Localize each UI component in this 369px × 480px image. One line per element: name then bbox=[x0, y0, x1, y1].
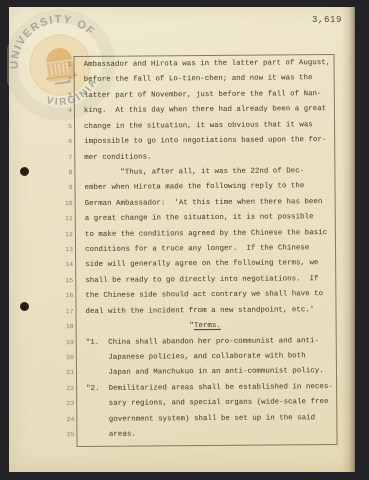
line-text: latter part of November, just before the… bbox=[84, 88, 322, 102]
line-number: 8 bbox=[57, 169, 72, 176]
typed-line: 20 Japanese policies, and collaborate wi… bbox=[59, 350, 349, 367]
typed-line: 14side will generally agree on the follo… bbox=[58, 257, 348, 274]
line-text: to make the conditions agreed by the Chi… bbox=[85, 227, 327, 241]
typed-line: 7mer conditions. bbox=[57, 149, 347, 166]
typed-line: 1Ambassador and Hirota was in the latter… bbox=[57, 57, 347, 74]
line-text: Ambassador and Hirota was in the latter … bbox=[84, 57, 331, 71]
line-number: 20 bbox=[59, 354, 74, 361]
line-number: 22 bbox=[59, 385, 74, 392]
line-number: 1 bbox=[57, 61, 72, 68]
typed-line: 15shall be ready to go directly into neg… bbox=[58, 273, 348, 290]
line-number: 13 bbox=[58, 246, 73, 253]
line-text: government system) shall be set up in th… bbox=[86, 412, 315, 426]
line-text: deal with the incident from a new standp… bbox=[85, 304, 314, 318]
line-number: 18 bbox=[59, 323, 74, 330]
line-number: 10 bbox=[58, 200, 73, 207]
typed-line: 5change in the situation, it was obvious… bbox=[57, 119, 347, 136]
line-number: 4 bbox=[57, 107, 72, 114]
typed-line: 3latter part of November, just before th… bbox=[57, 88, 347, 105]
line-number: 14 bbox=[58, 262, 73, 269]
line-number: 21 bbox=[59, 369, 74, 376]
typed-line: 19"1. China shall abandon her pro-commun… bbox=[59, 334, 349, 351]
line-number: 23 bbox=[59, 400, 74, 407]
typed-line: 17deal with the incident from a new stan… bbox=[58, 304, 348, 321]
line-number: 3 bbox=[57, 92, 72, 99]
typed-line: 8 "Thus, after all, it was the 22nd of D… bbox=[57, 165, 347, 182]
line-number: 6 bbox=[57, 138, 72, 145]
typed-lines: 1Ambassador and Hirota was in the latter… bbox=[57, 57, 350, 459]
typed-line: 25 areas. bbox=[59, 427, 349, 444]
line-number: 25 bbox=[59, 431, 74, 438]
typed-line: 10German Ambassador: 'At this time when … bbox=[58, 196, 348, 213]
typed-line: 16the Chinese side should act contrary w… bbox=[58, 288, 348, 305]
line-number: 11 bbox=[58, 215, 73, 222]
typed-line: 13conditions for a truce any longer. If … bbox=[58, 242, 348, 259]
line-text: "1. China shall abandon her pro-communis… bbox=[86, 335, 319, 349]
line-text: areas. bbox=[86, 429, 135, 441]
line-text: "Thus, after all, it was the 22nd of Dec… bbox=[84, 165, 304, 179]
line-text: "Terms. bbox=[86, 319, 325, 333]
line-text: shall be ready to go directly into negot… bbox=[85, 273, 318, 287]
line-number: 2 bbox=[57, 76, 72, 83]
line-text: German Ambassador: 'At this time when th… bbox=[85, 196, 323, 210]
line-text: side will generally agree on the followi… bbox=[85, 258, 318, 272]
line-text: change in the situation, it was obvious … bbox=[84, 119, 313, 133]
line-text: a great change in the situation, it is n… bbox=[85, 211, 314, 225]
line-number: 19 bbox=[59, 339, 74, 346]
typed-line: 18"Terms. bbox=[59, 319, 349, 336]
line-text: before the fall of Lo-tien-chen; and now… bbox=[84, 73, 313, 87]
line-text: Japan and Manchukuo in an anti-communist… bbox=[86, 365, 324, 379]
line-number: 16 bbox=[58, 292, 73, 299]
typed-line: 4king. At this day when there had alread… bbox=[57, 103, 347, 120]
typed-line: 22"2. Demilitarized areas shall be estab… bbox=[59, 381, 349, 398]
typed-line: 2before the fall of Lo-tien-chen; and no… bbox=[57, 72, 347, 89]
line-number: 9 bbox=[58, 184, 73, 191]
typed-line: 12to make the conditions agreed by the C… bbox=[58, 227, 348, 244]
typed-line: 11a great change in the situation, it is… bbox=[58, 211, 348, 228]
line-text: Japanese policies, and collaborate with … bbox=[86, 350, 306, 364]
typed-line: 24 government system) shall be set up in… bbox=[59, 412, 349, 429]
line-text: "2. Demilitarized areas shall be establi… bbox=[86, 381, 333, 395]
line-text: conditions for a truce any longer. If th… bbox=[85, 242, 309, 256]
line-number: 24 bbox=[59, 416, 74, 423]
line-text: king. At this day when there had already… bbox=[84, 103, 326, 117]
line-text: mer conditions. bbox=[84, 151, 151, 164]
typed-line: 6impossible to go into negotiations base… bbox=[57, 134, 347, 151]
line-number: 15 bbox=[58, 277, 73, 284]
line-text: ember when Hirota made the following rep… bbox=[84, 181, 304, 195]
scanned-page: UNIVERSITY OF VIRGINIA 3,619 1Ambassador… bbox=[9, 7, 355, 472]
typed-line: 9ember when Hirota made the following re… bbox=[57, 180, 347, 197]
line-number: 7 bbox=[57, 154, 72, 161]
line-number: 17 bbox=[58, 308, 73, 315]
line-number: 5 bbox=[57, 123, 72, 130]
line-text: impossible to go into negotiations based… bbox=[84, 134, 326, 148]
line-text: the Chinese side should act contrary we … bbox=[85, 288, 323, 302]
typed-content: 1Ambassador and Hirota was in the latter… bbox=[7, 6, 357, 474]
line-text: sary regions, and special organs (wide-s… bbox=[86, 396, 328, 410]
typed-line: 21 Japan and Manchukuo in an anti-commun… bbox=[59, 365, 349, 382]
typed-line: 23 sary regions, and special organs (wid… bbox=[59, 396, 349, 413]
line-number: 12 bbox=[58, 231, 73, 238]
